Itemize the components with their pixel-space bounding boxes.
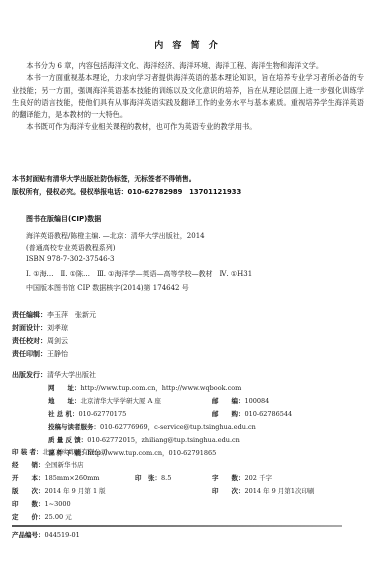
copyright-notice: 版权所有，侵权必究。侵权举报电话：010-62782989 1370112193… [12, 186, 241, 196]
product-number: 产品编号：044519-01 [12, 530, 80, 539]
cip-classification: Ⅰ. ①海… Ⅱ. ①陈… Ⅲ. ①海洋学—英语—高等学校—教材 Ⅳ. ①H31 [26, 269, 252, 279]
print-printer: 印 装 者：北京嘉实印刷有限公司 [12, 447, 108, 456]
print-word-count: 字 数：202 千字 [212, 473, 272, 482]
print-copies: 印 数：1~3000 [12, 499, 71, 508]
print-price: 定 价：25.00 元 [12, 512, 72, 521]
intro-paragraph: 本书一方面重视基本理论，力求向学习者提供海洋英语的基本理论知识，旨在培养专业学习… [12, 72, 364, 121]
divider-rule [12, 525, 342, 527]
staff-cover-design: 封面设计：刘孝琼 [12, 323, 68, 333]
publisher-mail-order: 邮 购：010-62786544 [212, 409, 292, 418]
print-impression: 印 次：2014 年 9 月第1次印刷 [212, 486, 315, 495]
print-edition: 版 次：2014 年 9 月第 1 版 [12, 486, 106, 495]
intro-paragraph: 本书分为 6 章，内容包括海洋文化、海洋经济、海洋环境、海洋工程、海洋生物和海洋… [12, 60, 364, 72]
intro-paragraph: 本书既可作为海洋专业相关课程的教材，也可作为英语专业的教学用书。 [12, 121, 364, 133]
staff-proofreader: 责任校对：周剑云 [12, 336, 68, 346]
print-distributor: 经 销：全国新华书店 [12, 460, 84, 469]
cip-record: 中国版本图书馆 CIP 数据核字(2014)第 174642 号 [26, 283, 189, 293]
publisher-postcode: 邮 编：100084 [212, 396, 269, 405]
publisher-reader-service: 投稿与读者服务：010-62776969，c-service@tup.tsing… [48, 422, 256, 431]
staff-editor: 责任编辑：李玉萍 张新元 [12, 310, 96, 320]
publisher-line: 出版发行：清华大学出版社 [12, 370, 96, 380]
print-format: 开 本：185mm×260mm [12, 473, 99, 482]
page-title: 内 容 简 介 [0, 38, 375, 51]
cip-heading: 图书在版编目(CIP)数据 [26, 214, 101, 224]
publisher-website: 网 址：http://www.tup.com.cn，http://www.wqb… [48, 383, 241, 392]
staff-printing: 责任印制：王静怡 [12, 349, 68, 359]
publisher-quality-feedback: 质 量 反 馈：010-62772015，zhiliang@tup.tsingh… [48, 435, 240, 444]
publisher-switchboard: 社 总 机：010-62770175 [48, 409, 126, 418]
content-introduction: 本书分为 6 章，内容包括海洋文化、海洋经济、海洋环境、海洋工程、海洋生物和海洋… [12, 60, 364, 134]
print-sheets: 印 张：8.5 [135, 473, 171, 482]
cip-series: (普通高校专业英语教程系列) [26, 243, 115, 253]
anti-counterfeit-notice: 本书封面贴有清华大学出版社防伪标签，无标签者不得销售。 [12, 173, 196, 183]
cip-isbn: ISBN 978-7-302-37546-3 [26, 255, 114, 263]
cip-title-line: 海洋英语教程/陈橙主编. —北京：清华大学出版社，2014 [26, 231, 205, 241]
publisher-address: 地 址：北京清华大学学研大厦 A 座 [48, 396, 161, 405]
